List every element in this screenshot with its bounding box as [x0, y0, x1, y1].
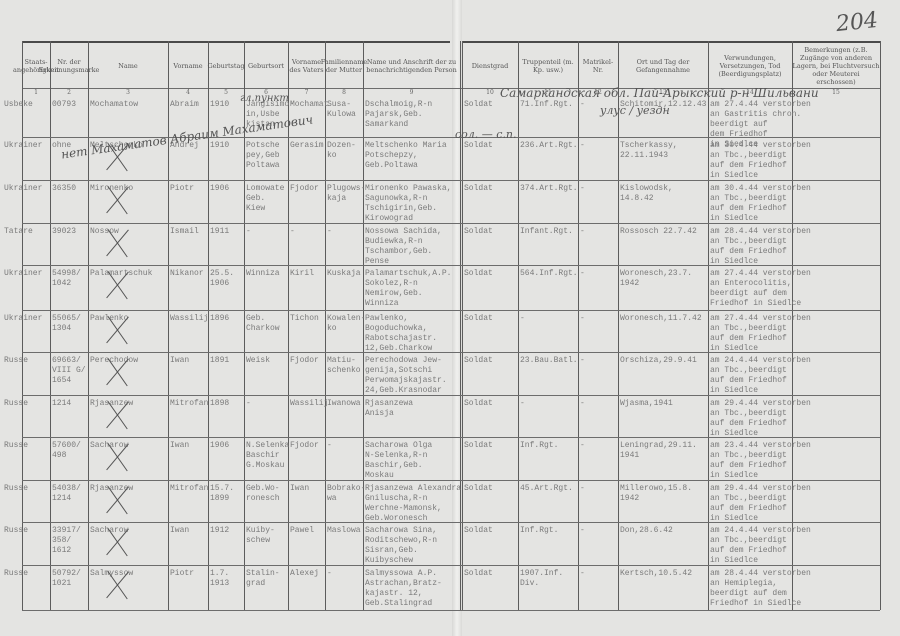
table-cell-c5: 1910: [210, 100, 229, 110]
table-cell-c14: am 30.4.44 verstorben an Tbc.,beerdigt a…: [710, 141, 811, 181]
table-cell-c13: Orschiza,29.9.41: [620, 356, 697, 366]
table-cell-c3: Mochamatow: [90, 100, 138, 110]
column-rule: [578, 41, 579, 610]
table-cell-c11: Inf.Rgt.: [520, 441, 558, 451]
column-header-15: Bemerkungen (z.B. Zugänge von anderen La…: [792, 44, 880, 87]
table-cell-c13: Kislowodsk, 14.8.42: [620, 184, 673, 204]
cross-mark-icon: [105, 486, 131, 512]
table-cell-c5: 1.7. 1913: [210, 569, 229, 589]
table-cell-c12: -: [580, 227, 585, 237]
table-cell-c6: Potsche pey,Geb Poltawa: [246, 141, 280, 171]
column-header-5: Geburtstag: [208, 44, 244, 87]
table-cell-c10: Soldat: [464, 141, 493, 151]
table-cell-c5: 1896: [210, 314, 229, 324]
table-cell-c4: Mitrofan: [170, 399, 208, 409]
table-cell-c11: Infant.Rgt.: [520, 227, 573, 237]
cross-mark-icon: [105, 186, 131, 212]
table-cell-c8: Kuskaja: [327, 269, 361, 279]
table-cell-c1: Russe: [4, 526, 28, 536]
table-cell-c11: Inf.Rgt.: [520, 526, 558, 536]
table-cell-c6: Winniza: [246, 269, 280, 279]
table-cell-c4: Mitrofan: [170, 484, 208, 494]
table-cell-c13: Kertsch,10.5.42: [620, 569, 692, 579]
table-cell-c8: -: [327, 227, 332, 237]
table-cell-c7: Tichon: [290, 314, 319, 324]
table-cell-c8: Maslowa: [327, 526, 361, 536]
cross-mark-icon: [105, 443, 131, 469]
table-cell-c11: 71.Inf.Rgt.: [520, 100, 573, 110]
column-rule: [88, 41, 89, 610]
table-cell-c12: -: [580, 484, 585, 494]
handwritten-capture-annotation: улус / уездн: [600, 104, 670, 117]
table-cell-c4: Piotr: [170, 184, 194, 194]
handwritten-address-annotation: Самаркандская обл. Пай-Арыкский р-н Шиль…: [500, 86, 819, 100]
table-cell-c12: -: [580, 399, 585, 409]
table-cell-c2: 69663/ VIII G/ 1654: [52, 356, 86, 386]
table-cell-c13: Wjasma,1941: [620, 399, 673, 409]
column-number-5: 5: [208, 89, 244, 96]
table-cell-c14: am 24.4.44 verstorben an Tbc.,beerdigt a…: [710, 356, 811, 396]
table-cell-c1: Ukrainer: [4, 141, 42, 151]
table-cell-c6: -: [246, 399, 251, 409]
table-cell-c12: -: [580, 441, 585, 451]
table-cell-c2: 39023: [52, 227, 76, 237]
table-cell-c5: 1911: [210, 227, 229, 237]
table-cell-c1: Tatare: [4, 227, 33, 237]
table-cell-c6: Weisk: [246, 356, 270, 366]
table-cell-c14: am 28.4.44 verstorben an Hemiplegia, bee…: [710, 569, 811, 609]
table-cell-c2: 57600/ 498: [52, 441, 81, 461]
table-cell-c9: Palamartschuk,A.P. Sokolez,R-n Nemirow,G…: [365, 269, 451, 309]
cross-mark-icon: [105, 571, 131, 597]
table-cell-c9: Meltschenko Maria Potschepzy, Geb.Poltaw…: [365, 141, 447, 171]
column-header-6: Geburtsort: [244, 44, 288, 87]
table-cell-c12: -: [580, 356, 585, 366]
table-cell-c6: Stalin- grad: [246, 569, 280, 589]
table-cell-c12: -: [580, 100, 585, 110]
table-cell-c10: Soldat: [464, 484, 493, 494]
column-rule: [50, 41, 51, 610]
cross-mark-icon: [105, 528, 131, 554]
table-cell-c1: Russe: [4, 484, 28, 494]
table-cell-c12: -: [580, 141, 585, 151]
table-cell-c7: Iwan: [290, 484, 309, 494]
table-cell-c11: 1907.Inf. Div.: [520, 569, 563, 589]
row-rule: [22, 610, 880, 611]
table-cell-c1: Russe: [4, 399, 28, 409]
column-rule: [22, 41, 23, 610]
table-cell-c13: Leningrad,29.11. 1941: [620, 441, 697, 461]
table-cell-c10: Soldat: [464, 100, 493, 110]
table-cell-c14: am 30.4.44 verstorben an Tbc.,beerdigt a…: [710, 184, 811, 224]
table-cell-c2: 50792/ 1021: [52, 569, 81, 589]
column-rule: [168, 41, 169, 610]
table-top-rule-left: [22, 41, 450, 43]
table-cell-c2: 54998/ 1042: [52, 269, 81, 289]
table-cell-c10: Soldat: [464, 399, 493, 409]
table-cell-c14: am 23.4.44 verstorben an Tbc.,beerdigt a…: [710, 441, 811, 481]
table-cell-c13: Don,28.6.42: [620, 526, 673, 536]
table-cell-c4: Abraim: [170, 100, 199, 110]
table-cell-c14: am 27.4.44 verstorben an Enterocolitis, …: [710, 269, 811, 309]
table-cell-c4: Iwan: [170, 356, 189, 366]
table-cell-c2: 36350: [52, 184, 76, 194]
table-cell-c13: Woronesch,23.7. 1942: [620, 269, 692, 289]
table-cell-c5: 25.5. 1906: [210, 269, 234, 289]
column-header-10: Dienstgrad: [462, 44, 518, 87]
column-rule: [708, 41, 709, 610]
table-cell-c10: Soldat: [464, 526, 493, 536]
table-cell-c12: -: [580, 526, 585, 536]
table-cell-c9: Rjasanzewa Alexandra Gniluscha,R-n Werch…: [365, 484, 461, 524]
table-cell-c4: Iwan: [170, 441, 189, 451]
table-cell-c13: Rossosch 22.7.42: [620, 227, 697, 237]
column-number-4: 4: [168, 89, 208, 96]
table-cell-c1: Russe: [4, 441, 28, 451]
table-cell-c10: Soldat: [464, 314, 493, 324]
table-cell-c1: Russe: [4, 356, 28, 366]
table-cell-c2: 33917/ 358/ 1612: [52, 526, 81, 556]
cross-mark-icon: [105, 271, 131, 297]
column-number-3: 3: [88, 89, 168, 96]
table-cell-c2: 54038/ 1214: [52, 484, 81, 504]
table-cell-c11: -: [520, 399, 525, 409]
table-cell-c1: Ukrainer: [4, 269, 42, 279]
table-cell-c6: N.Selenka Baschir G.Moskau: [246, 441, 289, 471]
table-cell-c8: Dozen- ko: [327, 141, 356, 161]
table-cell-c12: -: [580, 314, 585, 324]
table-cell-c11: -: [520, 314, 525, 324]
table-cell-c4: Ismail: [170, 227, 199, 237]
table-cell-c13: Tscherkassy, 22.11.1943: [620, 141, 678, 161]
cross-mark-icon: [105, 401, 131, 427]
column-header-7: Vorname des Vaters: [288, 44, 325, 87]
column-number-2: 2: [50, 89, 88, 96]
table-cell-c14: am 24.4.44 verstorben an Tbc.,beerdigt a…: [710, 526, 811, 566]
table-cell-c8: -: [327, 441, 332, 451]
table-cell-c14: am 28.4.44 verstorben an Tbc.,beerdigt a…: [710, 227, 811, 267]
column-rule: [518, 41, 519, 610]
table-cell-c5: 1912: [210, 526, 229, 536]
column-header-8: Familienname der Mutter: [325, 44, 363, 87]
table-cell-c9: Rjasanzewa Anisja: [365, 399, 413, 419]
table-cell-c7: Gerasim: [290, 141, 324, 151]
table-cell-c10: Soldat: [464, 184, 493, 194]
table-cell-c12: -: [580, 569, 585, 579]
table-cell-c2: 55065/ 1304: [52, 314, 81, 334]
table-cell-c11: 374.Art.Rgt.: [520, 184, 578, 194]
column-rule: [460, 41, 461, 610]
column-header-11: Truppenteil (m. Kp. usw.): [518, 44, 578, 87]
table-cell-c4: Nikanor: [170, 269, 204, 279]
table-cell-c14: am 29.4.44 verstorben an Tbc.,beerdigt a…: [710, 484, 811, 524]
column-header-12: Matrikel-Nr.: [578, 44, 618, 87]
table-cell-c1: Russe: [4, 569, 28, 579]
handwritten-birthplace-annotation: гл.пункт: [240, 93, 289, 104]
table-cell-c4: Wassilij: [170, 314, 208, 324]
table-cell-c9: Sacharowa Sina, Roditschewo,R-n Sisran,G…: [365, 526, 437, 566]
table-cell-c11: 564.Inf.Rgt.: [520, 269, 578, 279]
table-cell-c9: Mironenko Pawaska, Sagunowka,R-n Tschigi…: [365, 184, 451, 224]
table-cell-c14: am 27.4.44 verstorben an Tbc.,beerdigt a…: [710, 314, 811, 354]
table-cell-c11: 23.Bau.Batl.: [520, 356, 578, 366]
column-header-4: Vorname: [168, 44, 208, 87]
cross-mark-icon: [105, 358, 131, 384]
table-cell-c10: Soldat: [464, 227, 493, 237]
table-cell-c7: Kiril: [290, 269, 314, 279]
table-cell-c9: Pawlenko, Bogoduchowka, Rabotschajastr. …: [365, 314, 437, 354]
column-rule: [325, 41, 326, 610]
table-cell-c10: Soldat: [464, 441, 493, 451]
table-cell-c9: Perechodowa Jew- genija,Sotschi Perwomaj…: [365, 356, 447, 396]
table-cell-c9: Dschalmoig,R-n Pajarsk,Geb. Samarkand: [365, 100, 432, 130]
column-number-8: 8: [325, 89, 363, 96]
table-cell-c6: Geb. Charkow: [246, 314, 280, 334]
column-header-13: Ort und Tag der Gefangennahme: [618, 44, 708, 87]
table-cell-c6: -: [246, 227, 251, 237]
table-cell-c2: 1214: [52, 399, 71, 409]
table-cell-c4: Piotr: [170, 569, 194, 579]
table-cell-c8: Plugows- kaja: [327, 184, 365, 204]
column-number-1: 1: [22, 89, 50, 96]
table-cell-c4: Iwan: [170, 526, 189, 536]
table-cell-c13: Millerowo,15.8. 1942: [620, 484, 692, 504]
table-cell-c5: 1898: [210, 399, 229, 409]
table-cell-c10: Soldat: [464, 269, 493, 279]
table-cell-c1: Usbeke: [4, 100, 33, 110]
column-header-2: Nr. der Erkennungsmarke: [50, 44, 88, 87]
table-cell-c10: Soldat: [464, 356, 493, 366]
table-cell-c10: Soldat: [464, 569, 493, 579]
row-rule: [22, 310, 880, 311]
table-cell-c7: Wassilij: [290, 399, 328, 409]
table-cell-c5: 1910: [210, 141, 229, 151]
table-cell-c5: 1891: [210, 356, 229, 366]
table-cell-c7: -: [290, 227, 295, 237]
column-rule: [880, 41, 881, 610]
table-cell-c1: Ukrainer: [4, 184, 42, 194]
cross-mark-icon: [105, 316, 131, 342]
table-cell-c6: Lomowate Geb. Kiew: [246, 184, 284, 214]
handwritten-page-number: 204: [835, 8, 879, 37]
table-cell-c7: Alexej: [290, 569, 319, 579]
table-cell-c8: Susa- Kulowa: [327, 100, 356, 120]
column-number-9: 9: [363, 89, 460, 96]
table-cell-c2: 00793: [52, 100, 76, 110]
table-cell-c11: 45.Art.Rgt.: [520, 484, 573, 494]
table-cell-c12: -: [580, 269, 585, 279]
column-header-3: Name: [88, 44, 168, 87]
table-cell-c5: 1906: [210, 184, 229, 194]
table-cell-c14: am 29.4.44 verstorben an Tbc.,beerdigt a…: [710, 399, 811, 439]
table-cell-c12: -: [580, 184, 585, 194]
handwritten-unit-annotation: сол. — с.п.: [455, 128, 517, 141]
column-header-14: Verwundungen, Versetzungen, Tod (Beerdig…: [708, 44, 792, 87]
table-cell-c8: Iwanowa: [327, 399, 361, 409]
column-rule: [462, 41, 463, 610]
table-cell-c9: Sacharowa Olga N-Selenka,R-n Baschir,Geb…: [365, 441, 432, 481]
table-cell-c6: Geb.Wo- ronesch: [246, 484, 280, 504]
column-header-9: Name und Anschrift der zu benachrichtige…: [363, 44, 460, 87]
table-cell-c7: Fjodor: [290, 441, 319, 451]
table-cell-c7: Mochamat: [290, 100, 328, 110]
table-top-rule-right: [462, 41, 880, 43]
table-cell-c8: Kowalen- ko: [327, 314, 365, 334]
table-cell-c7: Pawel: [290, 526, 314, 536]
table-cell-c11: 236.Art.Rgt.: [520, 141, 578, 151]
table-cell-c1: Ukrainer: [4, 314, 42, 324]
table-cell-c7: Fjodor: [290, 184, 319, 194]
table-cell-c5: 1906: [210, 441, 229, 451]
table-cell-c9: Nossowa Sachida, Budiewka,R-n Tschambor,…: [365, 227, 442, 267]
column-rule: [618, 41, 619, 610]
table-cell-c8: Bobrako- wa: [327, 484, 365, 504]
table-cell-c8: -: [327, 569, 332, 579]
cross-mark-icon: [105, 229, 131, 255]
table-cell-c13: Woronesch,11.7.42: [620, 314, 702, 324]
table-cell-c8: Matiu- schenko: [327, 356, 361, 376]
table-cell-c7: Fjodor: [290, 356, 319, 366]
table-cell-c6: Kuiby- schew: [246, 526, 275, 546]
table-cell-c9: Salmyssowa A.P. Astrachan,Bratz- kajastr…: [365, 569, 442, 609]
table-cell-c5: 15.7. 1899: [210, 484, 234, 504]
column-number-7: 7: [288, 89, 325, 96]
